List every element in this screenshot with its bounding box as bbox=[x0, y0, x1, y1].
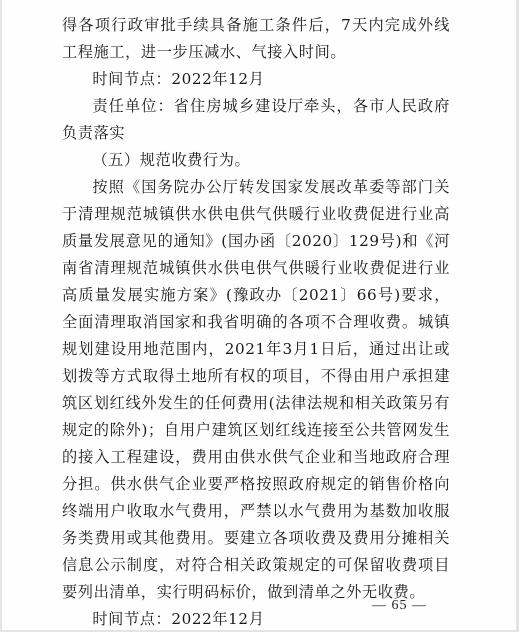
responsible-unit-line: 责任单位：省住房城乡建设厅牵头，各市人民政府负责落实 bbox=[62, 93, 450, 147]
time-node-line: 时间节点：2022年12月 bbox=[62, 66, 450, 93]
page-number: — 65 — bbox=[372, 598, 427, 614]
paragraph-body: 按照《国务院办公厅转发国家发展改革委等部门关于清理规范城镇供水供电供气供暖行业收… bbox=[62, 174, 450, 606]
page-body: 得各项行政审批手续具备施工条件后，7天内完成外线工程施工，进一步压减水、气接入时… bbox=[62, 12, 450, 632]
section-heading: （五）规范收费行为。 bbox=[62, 147, 450, 174]
paragraph-continuation: 得各项行政审批手续具备施工条件后，7天内完成外线工程施工，进一步压减水、气接入时… bbox=[62, 12, 450, 66]
document-page: 得各项行政审批手续具备施工条件后，7天内完成外线工程施工，进一步压减水、气接入时… bbox=[2, 0, 516, 630]
